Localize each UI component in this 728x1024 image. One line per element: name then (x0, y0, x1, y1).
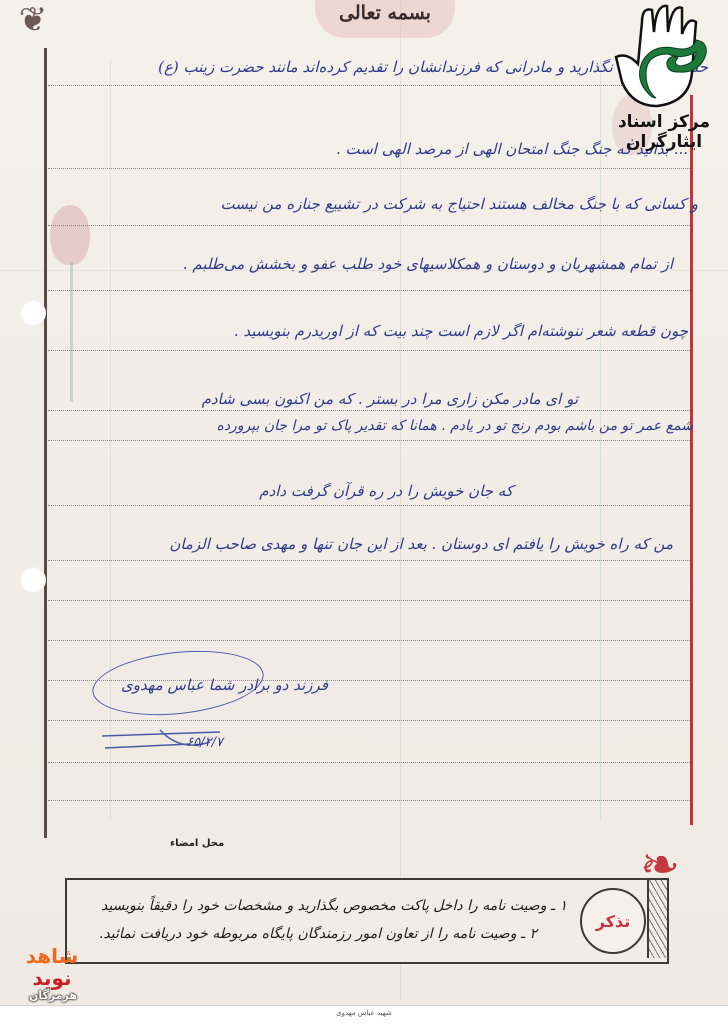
handwritten-line: شمع عمر تو من باشم بودم رنج تو در یادم .… (216, 418, 693, 434)
notice-seal: تذکر (580, 888, 646, 954)
floral-ornament-icon: ❦ (8, 0, 58, 40)
ruled-line (48, 225, 690, 226)
tulip-watermark-icon (50, 205, 90, 265)
footer-caption: شهید عباس مهدوی (0, 1009, 728, 1017)
footer-bar: شهید عباس مهدوی (0, 1005, 728, 1024)
document-page: ❦ بسمه تعالی حسین را خالی نگذارید و مادر… (0, 0, 728, 1005)
notice-line: ۱ ـ وصیت نامه را داخل پاکت مخصوص بگذارید… (101, 898, 567, 914)
ruled-line (48, 290, 690, 291)
handwritten-line: چون قطعه شعر ننوشته‌ام اگر لازم است چند … (234, 322, 688, 340)
brand-title: شاهد نوید (22, 945, 82, 989)
ruled-line (48, 168, 690, 169)
brand-logo: شاهد نوید هرمزگان (22, 945, 92, 1005)
left-margin-line (44, 48, 47, 838)
ruled-line (48, 505, 690, 506)
notice-line: ۲ ـ وصیت نامه را از تعاون امور رزمندگان … (99, 926, 537, 942)
signature-name: فرزند دو برادر شما عباس مهدوی (121, 676, 328, 694)
handwritten-line: تو ای مادر مکن زاری مرا در بستر . که من … (202, 390, 578, 408)
signature-date: ۶۵/۲/۷ (186, 735, 223, 750)
tulip-stem (70, 262, 73, 402)
brand-subtitle: هرمزگان (22, 989, 84, 1002)
ruled-line (48, 350, 690, 351)
ruled-line (48, 800, 690, 801)
ruled-line (48, 762, 690, 763)
handwritten-line: من که راه خویش را یافتم ای دوستان . بعد … (169, 535, 673, 553)
ruled-line (48, 640, 690, 641)
watermark-logo-text: مرکز اسناد ایثارگران (600, 112, 728, 152)
notice-box: تذکر ۱ ـ وصیت نامه را داخل پاکت مخصوص بگ… (65, 878, 669, 964)
handwritten-line: و کسانی که با جنگ مخالف هستند احتیاج به … (221, 195, 698, 213)
notice-hatch-decoration (647, 880, 667, 958)
ruled-line (48, 600, 690, 601)
ruled-line (48, 560, 690, 561)
brand-title-bottom: نوید (32, 966, 71, 990)
ruled-line (48, 440, 690, 441)
ruled-line (48, 410, 690, 411)
ruled-line (48, 85, 690, 86)
handwritten-line: از تمام همشهریان و دوستان و همکلاسیهای خ… (183, 255, 673, 273)
handwritten-line: که جان خویش را در ره قرآن گرفت دادم (259, 482, 513, 500)
punch-hole (20, 300, 46, 326)
signature-place-label: محل امضاء (170, 838, 224, 849)
hand-dove-logo-icon (612, 2, 722, 112)
ruled-line (48, 720, 690, 721)
punch-hole (20, 567, 46, 593)
brand-title-top: شاهد (26, 944, 79, 968)
header-calligraphy: بسمه تعالی (330, 2, 440, 42)
